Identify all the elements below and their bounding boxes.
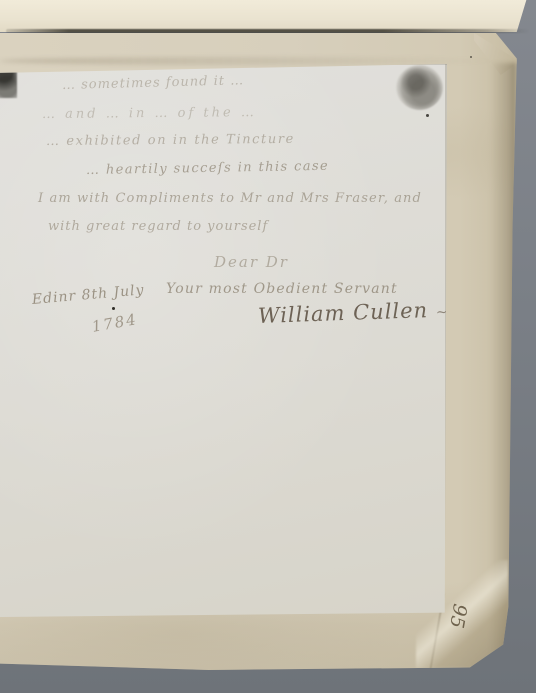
signature-text: William Cullen [258,298,429,328]
letter-closing: Your most Obedient Servant [166,281,398,297]
handwriting-line-5: I am with Compliments to Mr and Mrs Fras… [38,191,422,206]
dateline-place: Edinr 8th July [31,282,145,308]
tissue-overlay-sheet: … sometimes found it … … and … in … of t… [0,64,447,617]
dust-speck [426,114,429,117]
dust-speck [112,307,115,310]
fold-crease [6,29,529,33]
handwriting-line-1: … sometimes found it … [62,73,245,93]
handwriting-line-3: … exhibited on in the Tincture [46,132,295,149]
signature-william-cullen: William Cullen ~ [258,297,449,328]
page-behind-top-edge [0,0,536,32]
manuscript-photograph: 95 … sometimes found it … … and … in … o… [0,0,536,693]
circular-stamp-top-icon [396,65,443,110]
dust-speck [470,56,472,58]
handwriting-line-2: … and … in … of the … [42,105,257,122]
handwriting-line-4: … heartily succeſs in this case [86,159,329,178]
dateline-year: 1784 [90,310,139,336]
handwriting-line-6: with great regard to yourself [48,219,268,234]
letter-salutation: Dear Dr [214,253,289,271]
top-edge-shadow [0,57,500,65]
